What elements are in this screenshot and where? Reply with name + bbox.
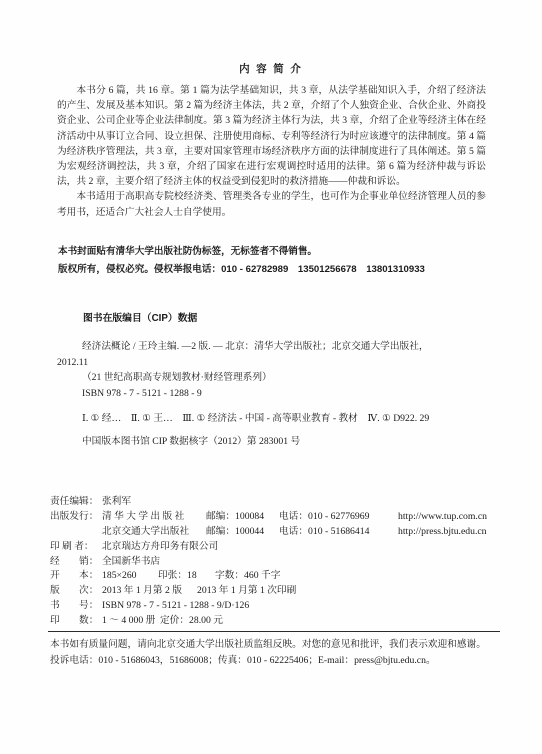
publisher-url: http://press.bjtu.edu.cn [398,525,487,540]
publisher-url: http://www.tup.com.cn [398,510,487,525]
publisher-name: 清 华 大 学 出 版 社 [102,510,206,525]
edition-row: 版 次： 2013 年 1 月第 2 版 2013 年 1 月第 1 次印刷 [50,584,496,599]
format-row: 开 本： 185×260 印张：18 字数：460 千字 [50,569,496,584]
book-number-label: 书 号： [50,599,102,614]
summary-paragraph-1: 本书分 6 篇，共 16 章。第 1 篇为法学基础知识，共 3 章，从法学基础知… [57,83,486,189]
format-word-count: 字数：460 千字 [215,569,280,584]
publisher-label-spacer [50,525,102,540]
print-run-row: 印 数： 1 ～ 4 000 册 定价：28.00 元 [50,614,496,629]
publisher-row-2: 北京交通大学出版社 邮编：100044 电话：010 - 51686414 ht… [50,525,496,540]
publisher-phone: 电话：010 - 62776969 [279,510,398,525]
cip-series-line: （21 世纪高职高专规划教材·财经管理系列） [57,370,489,386]
cip-record-number-line: 中国版本图书馆 CIP 数据核字（2012）第 283001 号 [57,434,489,450]
edition-label: 版 次： [50,584,102,599]
colophon: 责任编辑： 张利军 出版发行： 清 华 大 学 出 版 社 邮编：100084 … [50,495,496,629]
complaint-contact-line: 投诉电话：010 - 51686043，51686008；传真：010 - 62… [50,653,502,669]
printer-row: 印 刷 者： 北京瑞达方舟印务有限公司 [50,540,496,555]
publisher-zip: 邮编：100084 [206,510,279,525]
publisher-label: 出版发行： [50,510,102,525]
cip-title-line: 经济法概论 / 王玲主编. —2 版. — 北京：清华大学出版社；北京交通大学出… [57,339,489,355]
publisher-name: 北京交通大学出版社 [102,525,206,540]
printer-name: 北京瑞达方舟印务有限公司 [102,540,218,555]
anti-piracy-notice: 本书封面贴有清华大学出版社防伪标签，无标签者不得销售。 版权所有，侵权必究。侵权… [58,243,502,278]
summary-paragraph-2: 本书适用于高职高专院校经济类、管理类各专业的学生，也可作为企事业单位经济管理人员… [57,189,486,219]
quality-notice-line: 本书如有质量问题，请向北京交通大学出版社质监组反映。对您的意见和批评，我们表示欢… [50,637,502,653]
cip-data-block: 图书在版编目（CIP）数据 经济法概论 / 王玲主编. —2 版. — 北京：清… [57,311,489,450]
format-sheets: 印张：18 [158,569,215,584]
copyright-report-line: 版权所有，侵权必究。侵权举报电话：010 - 62782989 13501256… [58,261,502,279]
cip-year-line: 2012.11 [57,355,489,371]
printing-info: 2013 年 1 月第 1 次印刷 [197,584,296,599]
print-run-label: 印 数： [50,614,102,629]
publisher-zip: 邮编：100044 [206,525,279,540]
content-summary-title: 内 容 简 介 [0,61,542,76]
footer-divider [48,631,500,632]
editor-label: 责任编辑： [50,495,102,510]
printer-label: 印 刷 者： [50,540,102,555]
book-number-value: ISBN 978 - 7 - 5121 - 1288 - 9/D·126 [102,599,249,614]
publisher-phone: 电话：010 - 51686414 [279,525,398,540]
quality-footer: 本书如有质量问题，请向北京交通大学出版社质监组反映。对您的意见和批评，我们表示欢… [50,637,502,668]
print-run-count: 1 ～ 4 000 册 [102,614,160,629]
price: 定价：28.00 元 [160,614,223,629]
distributor-row: 经 销： 全国新华书店 [50,555,496,570]
cip-isbn-line: ISBN 978 - 7 - 5121 - 1288 - 9 [57,386,489,402]
publisher-row-1: 出版发行： 清 华 大 学 出 版 社 邮编：100084 电话：010 - 6… [50,510,496,525]
book-number-row: 书 号： ISBN 978 - 7 - 5121 - 1288 - 9/D·12… [50,599,496,614]
edition-info: 2013 年 1 月第 2 版 [102,584,197,599]
cip-heading: 图书在版编目（CIP）数据 [57,311,489,327]
content-summary: 本书分 6 篇，共 16 章。第 1 篇为法学基础知识，共 3 章，从法学基础知… [57,83,486,220]
format-label: 开 本： [50,569,102,584]
anti-piracy-line: 本书封面贴有清华大学出版社防伪标签，无标签者不得销售。 [58,243,502,261]
cip-classification-line: Ⅰ. ① 经… Ⅱ. ① 王… Ⅲ. ① 经济法 - 中国 - 高等职业教育 -… [57,411,489,427]
format-size: 185×260 [102,569,158,584]
copyright-page: 内 容 简 介 本书分 6 篇，共 16 章。第 1 篇为法学基础知识，共 3 … [0,0,542,754]
distributor-label: 经 销： [50,555,102,570]
editor-name: 张利军 [102,495,131,510]
distributor-name: 全国新华书店 [102,555,160,570]
editor-row: 责任编辑： 张利军 [50,495,496,510]
